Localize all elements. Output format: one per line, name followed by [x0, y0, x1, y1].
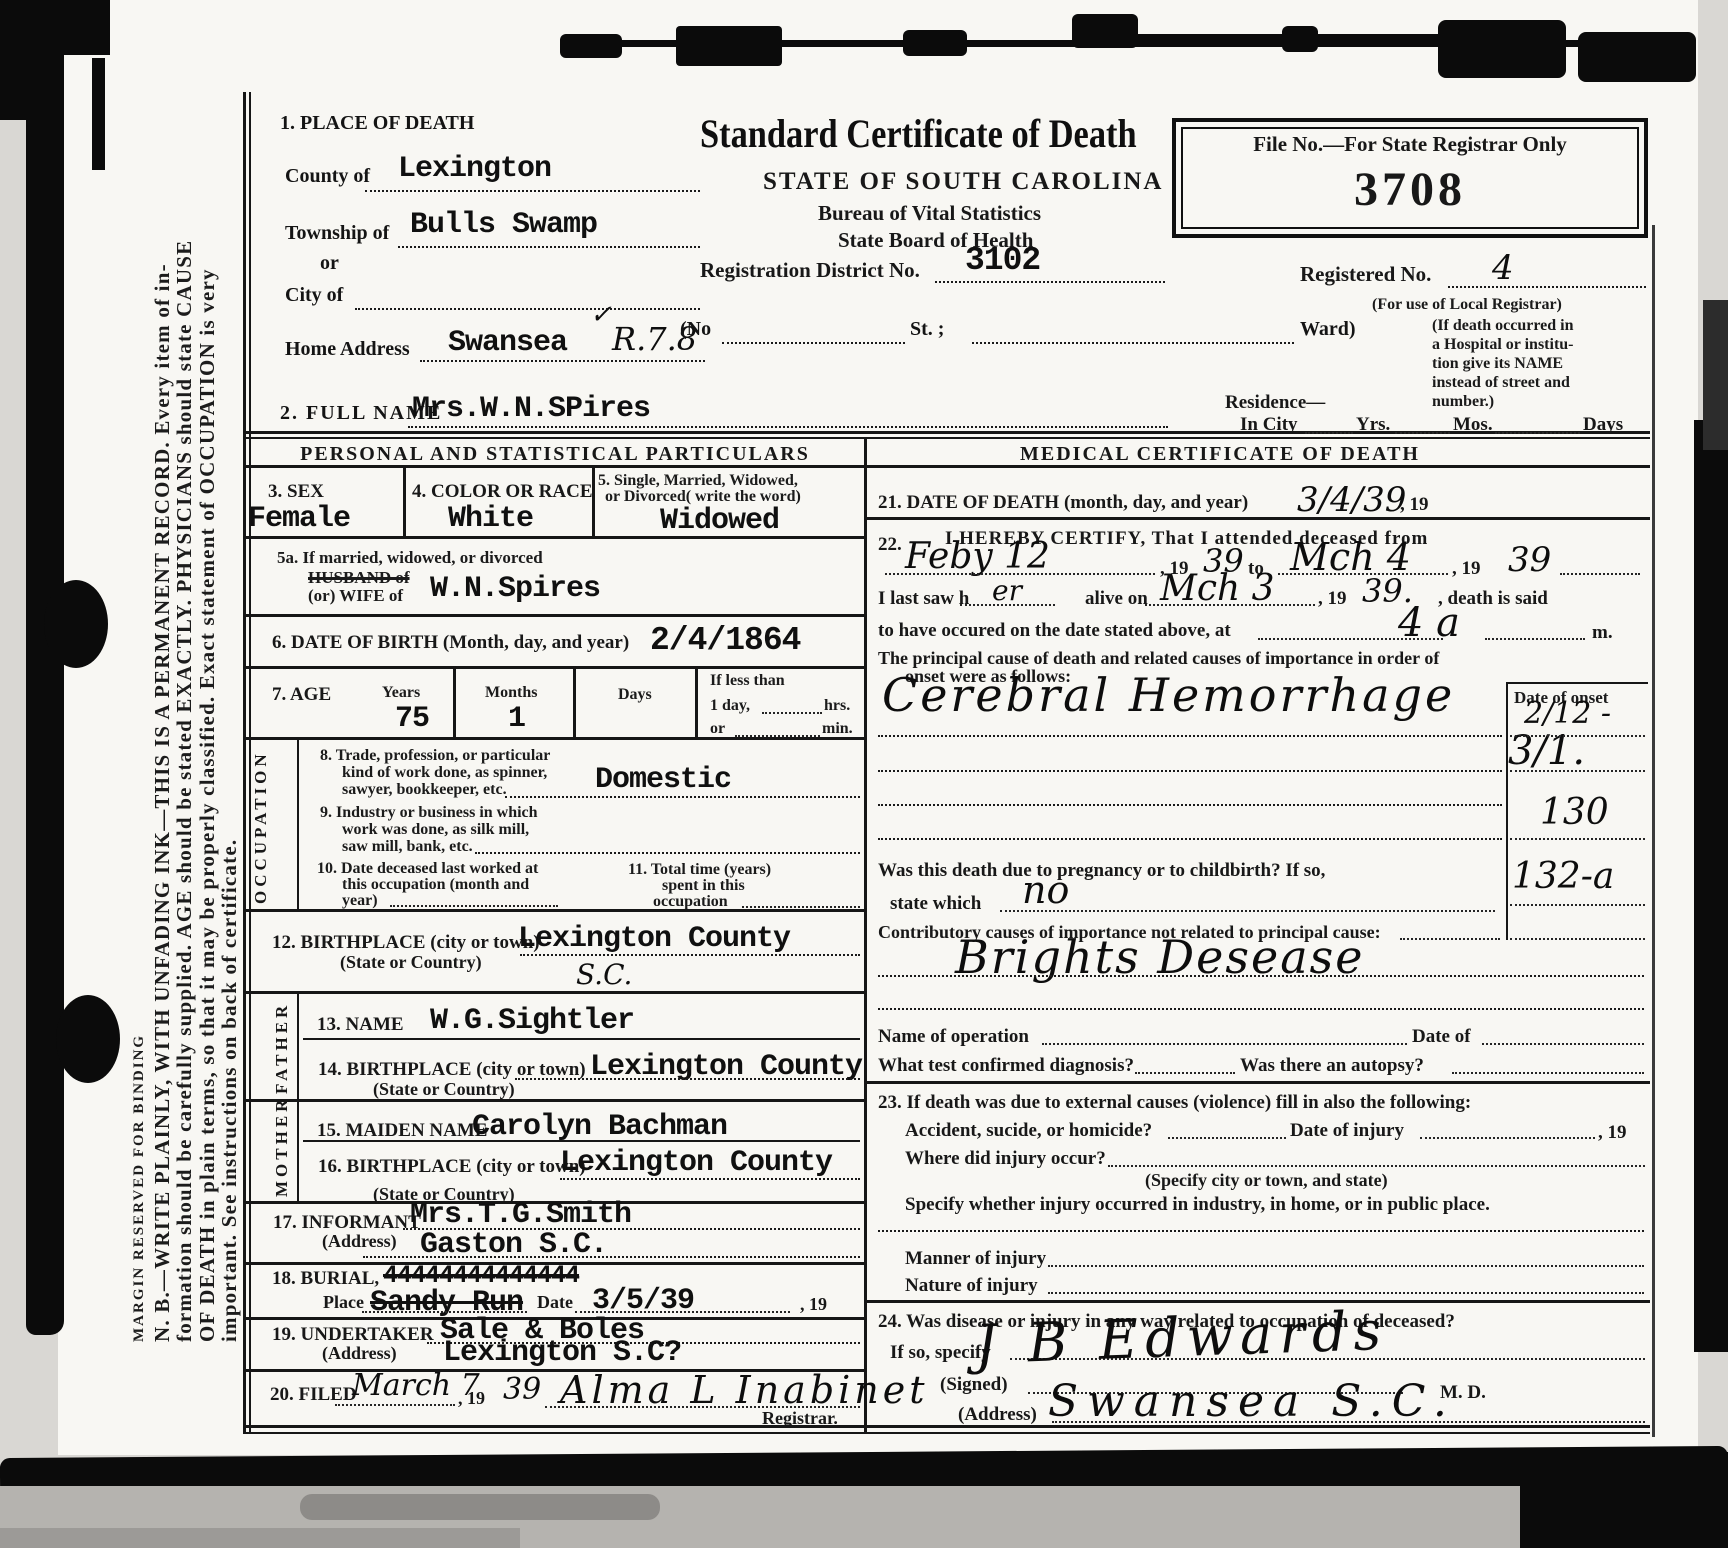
informant-value: Mrs.T.G.Smith — [410, 1198, 631, 1232]
township-label: Township of — [285, 222, 389, 245]
manner-of-injury-label: Manner of injury — [905, 1248, 1046, 1270]
physician-address-handwritten: Swansea S.C. — [1048, 1376, 1456, 1427]
hospital-note-line: (If death occurred in — [1432, 316, 1574, 335]
age-less-label-1: If less than — [710, 672, 785, 690]
pregnancy-question-line1: Was this death due to pregnancy or to ch… — [878, 860, 1325, 882]
age-months-value: 1 — [508, 702, 525, 736]
or-label: or — [320, 252, 339, 275]
checkmark: ✓ — [590, 300, 612, 330]
dotted-line — [1305, 432, 1353, 434]
dotted-line — [408, 426, 1168, 428]
file-number-value: 3708 — [1176, 162, 1644, 217]
alive-on-label: alive on — [1085, 588, 1148, 610]
attended-year2-label: , 19 — [1452, 558, 1481, 580]
mother-maiden-value: Carolyn Bachman — [472, 1110, 727, 1144]
test-label: What test confirmed diagnosis? — [878, 1055, 1134, 1077]
5a-husband-struck: HUSBAND of — [308, 568, 410, 588]
county-value: Lexington — [398, 152, 551, 186]
dotted-line — [972, 342, 1294, 344]
dotted-line — [1048, 1292, 1644, 1294]
age-months-label: Months — [485, 684, 537, 702]
dotted-line — [1145, 604, 1315, 606]
birthplace-12-sub: (State or Country) — [340, 952, 482, 973]
cell-divider — [453, 668, 456, 737]
dotted-line — [1420, 1137, 1595, 1139]
scan-artifact — [1438, 20, 1566, 78]
dotted-line — [335, 1404, 455, 1406]
undertaker-address-label: (Address) — [322, 1343, 397, 1364]
full-name-value: Mrs.W.N.SPires — [412, 392, 650, 426]
rule — [243, 614, 864, 617]
mother-vertical-label: MOTHER — [272, 1103, 292, 1197]
binding-edge — [26, 0, 64, 1335]
mother-birthplace-label: 16. BIRTHPLACE (city or town) — [318, 1156, 586, 1178]
registered-no-value: 4 — [1492, 248, 1514, 288]
dotted-line — [420, 360, 705, 362]
file-number-box: File No.—For State Registrar Only 3708 — [1172, 118, 1648, 238]
dotted-line — [762, 712, 822, 714]
dotted-line — [362, 1311, 527, 1313]
margin-note-line: important. See instructions on back of c… — [218, 84, 241, 1342]
dotted-line — [878, 770, 1502, 772]
in-city-label: In City — [1240, 414, 1298, 436]
dotted-line — [390, 905, 558, 907]
street-label: St. ; — [910, 318, 944, 341]
burial-label: 18. BURIAL, — [272, 1268, 379, 1290]
5a-line: 5a. If married, widowed, or divorced — [277, 548, 543, 568]
where-injury-label: Where did injury occur? — [905, 1148, 1106, 1170]
dotted-line — [515, 1078, 860, 1080]
signed-label: (Signed) — [940, 1374, 1008, 1396]
onset-column-divider — [1506, 682, 1508, 940]
father-vertical-label: FATHER — [272, 1000, 292, 1094]
certify-number: 22. — [878, 534, 902, 556]
yrs-label: Yrs. — [1356, 414, 1390, 436]
page-edge-line — [1652, 225, 1655, 1437]
county-label: County of — [285, 165, 370, 188]
dotted-line — [722, 342, 905, 344]
birthplace-12-state: S.C. — [576, 958, 632, 991]
street-no-label: (No — [680, 318, 711, 341]
rule — [303, 1038, 860, 1040]
form-border — [243, 92, 246, 1433]
dotted-line — [1400, 938, 1500, 940]
age-years-value: 75 — [395, 702, 429, 736]
birthplace-12-label: 12. BIRTHPLACE (city or town) — [272, 932, 540, 954]
nature-of-injury-label: Nature of injury — [905, 1275, 1038, 1297]
dotted-line — [878, 975, 1644, 977]
registration-district-label: Registration District No. — [700, 258, 920, 283]
age-days-label: Days — [618, 686, 652, 704]
father-name-value: W.G.Sightler — [430, 1004, 634, 1038]
pregnancy-question-line2: state which — [890, 893, 981, 915]
specify-city-label: (Specify city or town, and state) — [1145, 1170, 1388, 1191]
dotted-line — [1448, 286, 1646, 288]
injury-year-label: , 19 — [1598, 1122, 1627, 1144]
scanned-death-certificate: MARGIN RESERVED FOR BINDING N. B.—WRITE … — [0, 0, 1728, 1548]
birthplace-12-value: Lexington County — [518, 922, 790, 956]
margin-note-line: N. B.—WRITE PLAINLY, WITH UNFADING INK—T… — [151, 84, 174, 1342]
occurred-label: to have occured on the date stated above… — [878, 620, 1231, 642]
dotted-line — [1510, 904, 1645, 906]
occupation-8-line1: 8. Trade, profession, or particular — [320, 747, 550, 765]
dotted-line — [960, 604, 1055, 606]
physician-address-label: (Address) — [958, 1404, 1037, 1426]
scan-smudge — [0, 1528, 520, 1548]
last-saw-year-label: , 19 — [1318, 588, 1347, 610]
dotted-line — [1510, 838, 1645, 840]
hospital-note-line: instead of street and — [1432, 373, 1574, 392]
accident-label: Accident, sucide, or homicide? — [905, 1120, 1152, 1142]
rule — [303, 1140, 860, 1142]
dotted-line — [505, 796, 860, 798]
attended-from-handwritten: Feby 12 — [905, 536, 1050, 577]
occupation-9-line1: 9. Industry or business in which — [320, 804, 538, 822]
attended-year2-handwritten: 39 — [1508, 540, 1551, 580]
rule — [243, 437, 1650, 439]
5a-spouse-value: W.N.Spires — [430, 572, 600, 606]
column-divider — [864, 437, 867, 1433]
margin-note-line: OF DEATH in plain terms, so that it may … — [196, 84, 219, 1342]
occurred-time-handwritten: 4 a — [1398, 600, 1460, 646]
bureau-line: Bureau of Vital Statistics — [818, 201, 1041, 226]
scan-artifact — [1694, 420, 1728, 1352]
age-hrs-label: hrs. — [824, 697, 850, 715]
autopsy-label: Was there an autopsy? — [1240, 1055, 1424, 1077]
age-or-label: or — [710, 720, 725, 738]
occurred-m-label: m. — [1592, 622, 1613, 644]
dotted-line — [365, 190, 700, 192]
dotted-line — [1108, 1165, 1645, 1167]
onset-value-4: 132-a — [1512, 856, 1614, 897]
scan-artifact — [1703, 300, 1728, 450]
age-less-label-2: 1 day, — [710, 697, 750, 715]
dotted-line — [1510, 938, 1645, 940]
certificate-title: Standard Certificate of Death — [700, 110, 1137, 157]
last-saw-her-handwritten: er — [992, 574, 1022, 607]
city-label: City of — [285, 284, 343, 307]
dotted-line — [1482, 1043, 1644, 1045]
dotted-line — [1510, 735, 1645, 737]
registration-district-value: 3102 — [965, 242, 1040, 279]
home-address-label: Home Address — [285, 338, 410, 361]
hospital-note-line: number.) — [1432, 392, 1574, 411]
dotted-line — [560, 1178, 860, 1180]
date-of-death-value: 3/4/39 — [1297, 480, 1406, 520]
dotted-line — [1395, 432, 1450, 434]
margin-note-line: formation should be carefully supplied. … — [173, 84, 196, 1342]
father-birthplace-sub: (State or Country) — [373, 1079, 515, 1100]
filed-year-label: , 19 — [458, 1388, 485, 1409]
rule — [866, 1300, 1650, 1303]
occupation-8-value: Domestic — [595, 763, 731, 797]
injury-date-label: Date of injury — [1290, 1120, 1404, 1142]
filed-label: 20. FILED — [270, 1384, 357, 1406]
pregnancy-answer-handwritten: no — [1022, 868, 1069, 912]
occupation-9-line3: saw mill, bank, etc. — [342, 838, 473, 856]
last-saw-date-handwritten: Mch 3 — [1160, 568, 1275, 609]
township-value: Bulls Swamp — [410, 208, 597, 242]
sex-label: 3. SEX — [268, 481, 324, 503]
residence-label: Residence— — [1225, 392, 1325, 414]
ward-label: Ward) — [1300, 318, 1356, 341]
scan-smudge — [300, 1494, 660, 1520]
home-address-value: Swansea — [448, 326, 567, 360]
registered-no-note: (For use of Local Registrar) — [1372, 296, 1562, 314]
age-min-label: min. — [822, 720, 853, 738]
occupation-vertical-label: OCCUPATION — [251, 746, 271, 904]
hospital-note-line: tion give its NAME — [1432, 354, 1574, 373]
hospital-note: (If death occurred in a Hospital or inst… — [1432, 316, 1574, 411]
dotted-line — [1485, 638, 1585, 640]
scan-artifact — [92, 58, 105, 170]
cell-divider — [297, 991, 299, 1201]
registered-no-label: Registered No. — [1300, 262, 1431, 287]
age-label: 7. AGE — [272, 684, 331, 706]
binding-hole — [56, 995, 120, 1083]
cell-divider — [573, 668, 576, 737]
dotted-line — [1168, 1137, 1286, 1139]
dotted-line — [398, 246, 700, 248]
occupation-10-line3: year) — [342, 892, 378, 910]
dotted-line — [1510, 770, 1645, 772]
dotted-line — [575, 1311, 790, 1313]
5a-wife-label: (or) WIFE of — [308, 586, 403, 606]
burial-year-label: , 19 — [800, 1294, 827, 1315]
dotted-line — [878, 735, 1502, 737]
mother-maiden-label: 15. MAIDEN NAME — [317, 1120, 487, 1142]
dotted-line — [742, 906, 860, 908]
cell-divider — [297, 737, 299, 909]
undertaker-address-value: Lexington S.C? — [443, 1336, 681, 1370]
dob-value: 2/4/1864 — [650, 622, 800, 659]
binding-hole — [44, 580, 108, 668]
dotted-line — [1048, 1265, 1644, 1267]
personal-section-header: PERSONAL AND STATISTICAL PARTICULARS — [250, 443, 860, 466]
mos-label: Mos. — [1453, 414, 1493, 436]
place-of-death-title: 1. PLACE OF DEATH — [280, 112, 474, 135]
rule — [243, 1099, 864, 1102]
margin-notes: MARGIN RESERVED FOR BINDING N. B.—WRITE … — [128, 84, 242, 1342]
occupation-8-line3: sawyer, bookkeeper, etc. — [342, 781, 507, 799]
rule — [243, 909, 864, 912]
occupation-8-line2: kind of work done, as spinner, — [342, 764, 547, 782]
dotted-line — [878, 838, 1502, 840]
dotted-line — [1042, 1043, 1407, 1045]
dotted-line — [1135, 1072, 1235, 1074]
rule — [243, 1432, 1650, 1434]
dotted-line — [1452, 1072, 1644, 1074]
specify-industry-label: Specify whether injury occurred in indus… — [905, 1194, 1490, 1216]
hospital-note-line: a Hospital or institu- — [1432, 335, 1574, 354]
external-causes-label: 23. If death was due to external causes … — [878, 1092, 1471, 1114]
onset-value-3: 130 — [1540, 792, 1609, 833]
burial-date-label: Date — [537, 1292, 573, 1313]
last-saw-label: I last saw h — [878, 588, 969, 610]
mother-birthplace-value: Lexington County — [560, 1146, 832, 1180]
dotted-line — [363, 1256, 860, 1258]
dotted-line — [475, 852, 860, 854]
operation-date-label: Date of — [1412, 1026, 1471, 1048]
dotted-line — [878, 804, 1502, 806]
date-of-death-label: 21. DATE OF DEATH (month, day, and year) — [878, 492, 1248, 514]
dotted-line — [1560, 573, 1640, 575]
operation-label: Name of operation — [878, 1026, 1029, 1048]
scan-artifact — [1130, 34, 1460, 42]
medical-section-header: MEDICAL CERTIFICATE OF DEATH — [870, 443, 1570, 466]
onset-value-1: 2/12 - — [1524, 696, 1611, 731]
occupation-9-line2: work was done, as silk mill, — [342, 821, 529, 839]
dotted-line — [355, 308, 700, 310]
state-line: STATE OF SOUTH CAROLINA — [763, 168, 1163, 196]
race-label: 4. COLOR OR RACE — [412, 481, 593, 503]
filed-year-handwritten: 39 — [503, 1372, 541, 1407]
margin-note-line: MARGIN RESERVED FOR BINDING — [128, 84, 151, 1342]
burial-place-label: Place — [323, 1292, 364, 1313]
rule — [243, 666, 864, 669]
dotted-line — [1495, 432, 1580, 434]
rule — [1506, 682, 1648, 684]
cause-of-death-handwritten: Cerebral Hemorrhage — [882, 668, 1455, 722]
scan-artifact — [1520, 1452, 1728, 1548]
registrar-label: Registrar. — [762, 1408, 838, 1429]
dotted-line — [878, 1008, 1644, 1010]
race-value: White — [448, 502, 533, 536]
dotted-line — [935, 281, 1165, 283]
age-years-label: Years — [382, 684, 420, 702]
sex-value: Female — [248, 502, 350, 536]
father-name-label: 13. NAME — [317, 1014, 404, 1036]
dotted-line — [520, 954, 860, 956]
rule — [866, 1081, 1650, 1084]
rule — [866, 517, 1650, 520]
file-number-label: File No.—For State Registrar Only — [1176, 132, 1644, 157]
marital-value: Widowed — [660, 504, 779, 538]
cell-divider — [403, 468, 406, 536]
date-of-death-year: , 19 — [1400, 494, 1429, 516]
cell-divider — [695, 668, 698, 737]
rule — [243, 991, 864, 994]
dob-label: 6. DATE OF BIRTH (Month, day, and year) — [272, 632, 629, 654]
days-label: Days — [1583, 414, 1623, 436]
dotted-line — [878, 1230, 1644, 1232]
dotted-line — [1000, 910, 1495, 912]
informant-address-label: (Address) — [322, 1231, 397, 1252]
rule — [243, 737, 864, 740]
